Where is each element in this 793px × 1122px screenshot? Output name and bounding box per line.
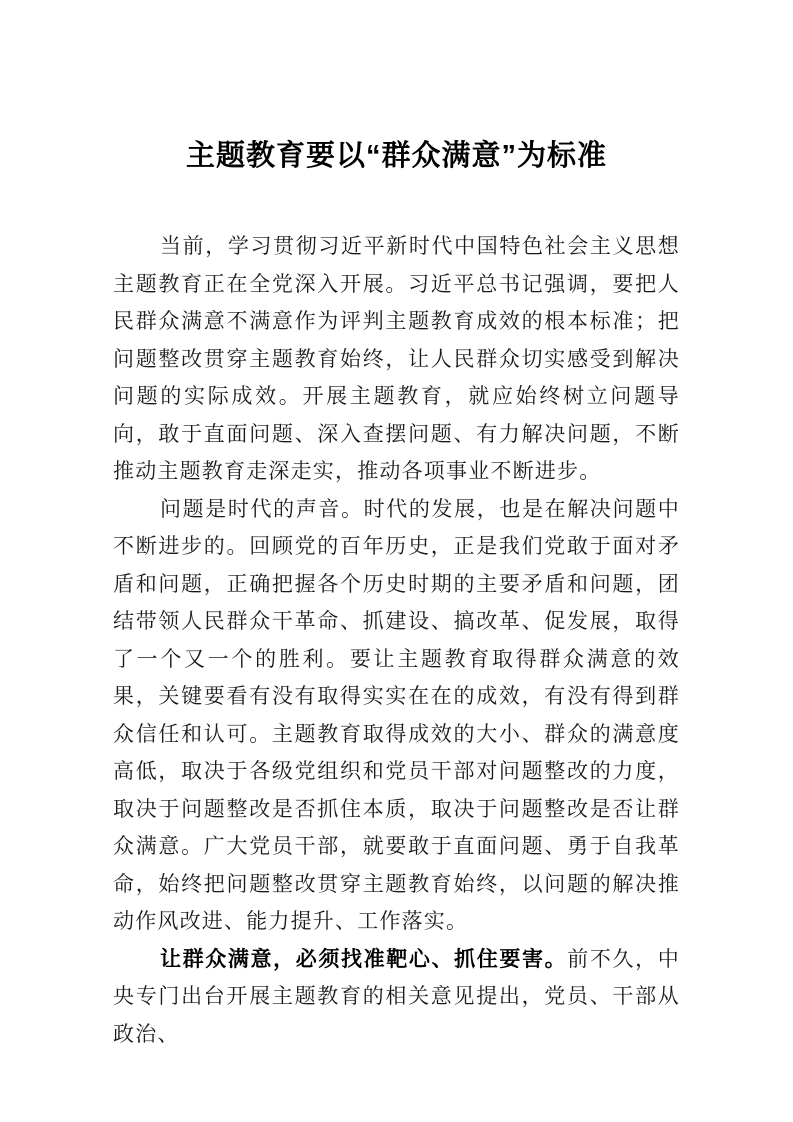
paragraph-3-lead: 让群众满意，必须找准靶心、抓住要害。	[160, 948, 567, 971]
document-title: 主题教育要以“群众满意”为标准	[0, 0, 793, 174]
document-page: 主题教育要以“群众满意”为标准 当前，学习贯彻习近平新时代中国特色社会主义思想主…	[0, 0, 793, 1122]
paragraph-1: 当前，学习贯彻习近平新时代中国特色社会主义思想主题教育正在全党深入开展。习近平总…	[113, 228, 680, 491]
paragraph-2: 问题是时代的声音。时代的发展，也是在解决问题中不断进步的。回顾党的百年历史，正是…	[113, 491, 680, 941]
paragraph-1-text: 当前，学习贯彻习近平新时代中国特色社会主义思想主题教育正在全党深入开展。习近平总…	[113, 234, 680, 483]
document-body: 当前，学习贯彻习近平新时代中国特色社会主义思想主题教育正在全党深入开展。习近平总…	[113, 228, 680, 1053]
paragraph-3: 让群众满意，必须找准靶心、抓住要害。前不久，中央专门出台开展主题教育的相关意见提…	[113, 941, 680, 1054]
paragraph-2-text: 问题是时代的声音。时代的发展，也是在解决问题中不断进步的。回顾党的百年历史，正是…	[113, 497, 680, 934]
